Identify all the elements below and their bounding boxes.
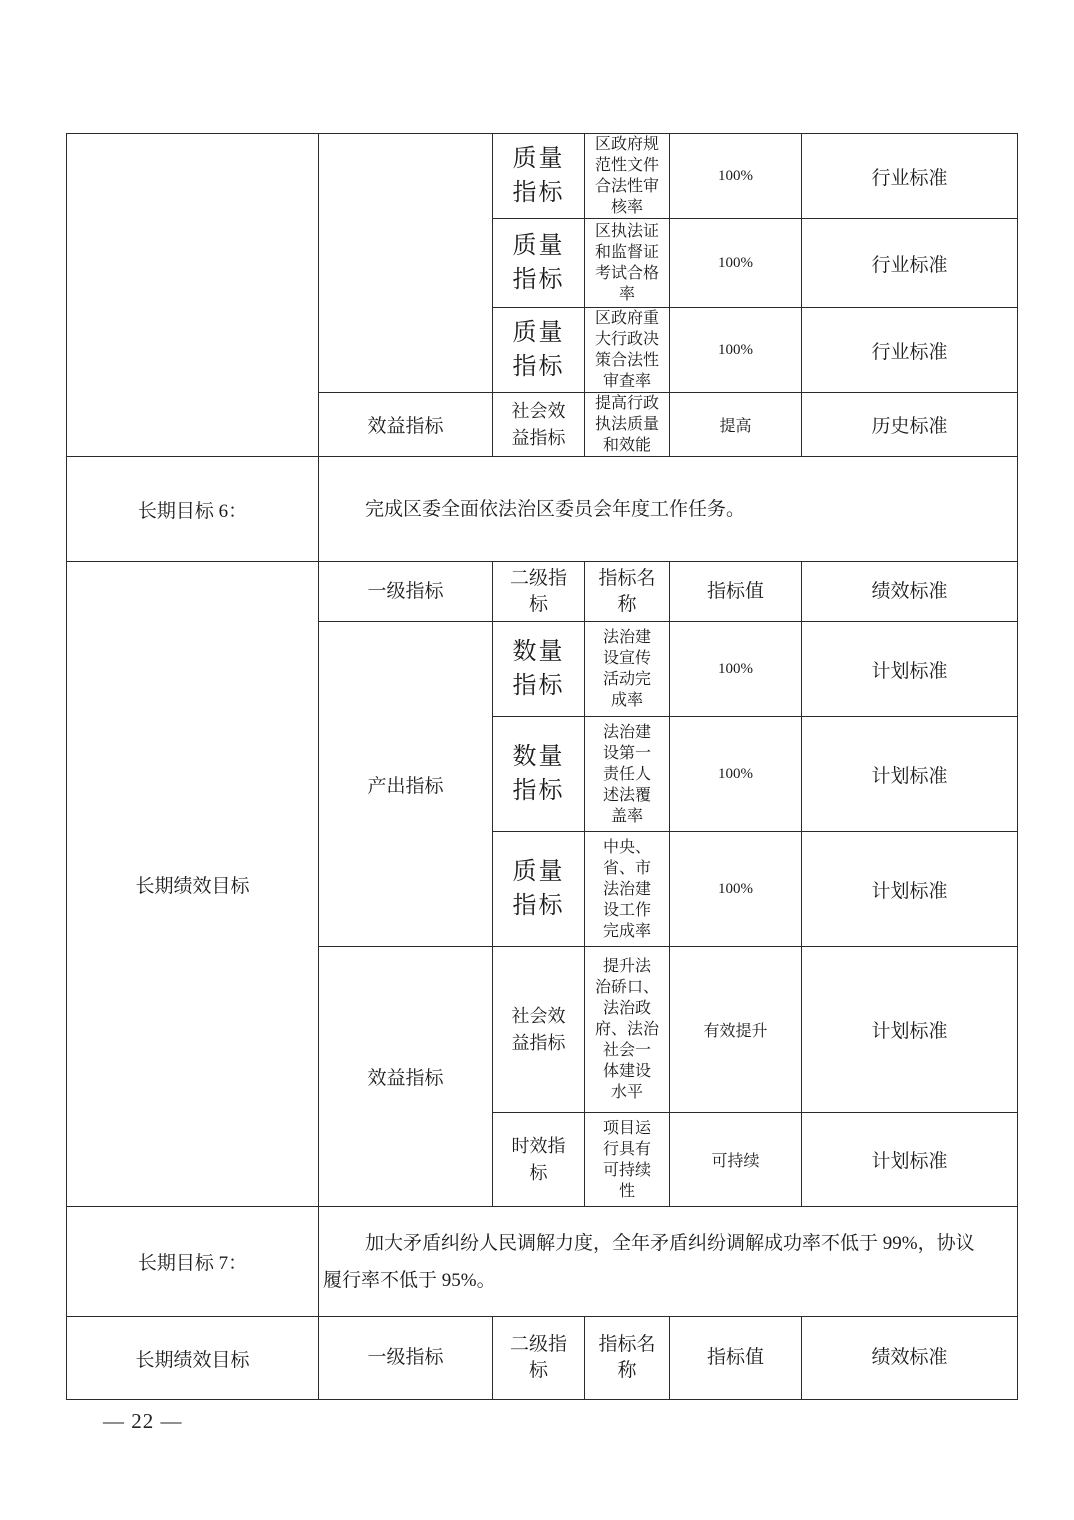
indicator-value-cell: 100% bbox=[670, 134, 802, 219]
performance-standard-cell: 计划标准 bbox=[802, 947, 1018, 1113]
goal6-label: 长期目标 6： bbox=[67, 457, 319, 562]
table-cut-edge bbox=[66, 1394, 67, 1399]
indicator-value-cell: 100% bbox=[670, 717, 802, 832]
level1-indicator-cell: 效益指标 bbox=[319, 393, 493, 457]
indicator-value-cell: 可持续 bbox=[670, 1113, 802, 1207]
header-indicator-value: 指标值 bbox=[670, 1317, 802, 1400]
indicator-name-cell: 区政府重 大行政决 策合法性 审查率 bbox=[585, 308, 670, 393]
goal7-text: 加大矛盾纠纷人民调解力度，全年矛盾纠纷调解成功率不低于 99%，协议 履行率不低… bbox=[319, 1207, 1018, 1317]
header-indicator-name: 指标名 称 bbox=[585, 562, 670, 622]
header-row: 长期绩效目标 一级指标 二级指 标 指标名 称 指标值 绩效标准 bbox=[67, 1317, 1018, 1400]
header-level2: 二级指 标 bbox=[493, 1317, 585, 1400]
header-performance-standard: 绩效标准 bbox=[802, 562, 1018, 622]
header-performance-standard: 绩效标准 bbox=[802, 1317, 1018, 1400]
indicator-value-cell: 100% bbox=[670, 832, 802, 947]
indicator-value-cell: 100% bbox=[670, 308, 802, 393]
page-number: — 22 — bbox=[103, 1409, 183, 1434]
indicator-value-cell: 100% bbox=[670, 622, 802, 717]
document-page: 质量 指标 区政府规 范性文件 合法性审 核率 100% 行业标准 质量 指标 … bbox=[0, 0, 1074, 1520]
long-term-performance-goal-cell: 长期绩效目标 bbox=[67, 562, 319, 1207]
level2-indicator-cell: 社会效 益指标 bbox=[493, 947, 585, 1113]
level2-indicator-cell: 社会效 益指标 bbox=[493, 393, 585, 457]
indicator-name-cell: 提高行政 执法质量 和效能 bbox=[585, 393, 670, 457]
level2-indicator-cell: 数量 指标 bbox=[493, 622, 585, 717]
indicator-value-cell: 提高 bbox=[670, 393, 802, 457]
level2-indicator-cell: 质量 指标 bbox=[493, 134, 585, 219]
indicator-name-cell: 区执法证 和监督证 考试合格 率 bbox=[585, 219, 670, 308]
goal-row: 长期目标 6： 完成区委全面依法治区委员会年度工作任务。 bbox=[67, 457, 1018, 562]
level1-output-indicator-cell: 产出指标 bbox=[319, 622, 493, 947]
header-level1: 一级指标 bbox=[319, 1317, 493, 1400]
goal-row: 长期目标 7： 加大矛盾纠纷人民调解力度，全年矛盾纠纷调解成功率不低于 99%，… bbox=[67, 1207, 1018, 1317]
long-term-performance-goal-cell: 长期绩效目标 bbox=[67, 1317, 319, 1400]
continuation-empty-goal-cell bbox=[67, 134, 319, 457]
indicator-name-cell: 项目运 行具有 可持续 性 bbox=[585, 1113, 670, 1207]
indicator-name-cell: 法治建 设宣传 活动完 成率 bbox=[585, 622, 670, 717]
goal6-text: 完成区委全面依法治区委员会年度工作任务。 bbox=[319, 457, 1018, 562]
performance-standard-cell: 行业标准 bbox=[802, 134, 1018, 219]
level2-indicator-cell: 质量 指标 bbox=[493, 219, 585, 308]
level2-indicator-cell: 时效指 标 bbox=[493, 1113, 585, 1207]
performance-standard-cell: 行业标准 bbox=[802, 219, 1018, 308]
header-level1: 一级指标 bbox=[319, 562, 493, 622]
table-row: 质量 指标 区政府规 范性文件 合法性审 核率 100% 行业标准 bbox=[67, 134, 1018, 219]
indicator-value-cell: 有效提升 bbox=[670, 947, 802, 1113]
performance-standard-cell: 计划标准 bbox=[802, 1113, 1018, 1207]
header-level2: 二级指 标 bbox=[493, 562, 585, 622]
level2-indicator-cell: 质量 指标 bbox=[493, 308, 585, 393]
performance-standard-cell: 计划标准 bbox=[802, 832, 1018, 947]
indicator-name-cell: 区政府规 范性文件 合法性审 核率 bbox=[585, 134, 670, 219]
indicator-value-cell: 100% bbox=[670, 219, 802, 308]
header-row: 长期绩效目标 一级指标 二级指 标 指标名 称 指标值 绩效标准 bbox=[67, 562, 1018, 622]
performance-standard-cell: 历史标准 bbox=[802, 393, 1018, 457]
header-indicator-value: 指标值 bbox=[670, 562, 802, 622]
performance-standard-cell: 行业标准 bbox=[802, 308, 1018, 393]
table-cut-edge bbox=[318, 1394, 319, 1399]
level1-benefit-indicator-cell: 效益指标 bbox=[319, 947, 493, 1207]
indicator-name-cell: 中央、 省、市 法治建 设工作 完成率 bbox=[585, 832, 670, 947]
header-indicator-name: 指标名 称 bbox=[585, 1317, 670, 1400]
performance-target-table: 质量 指标 区政府规 范性文件 合法性审 核率 100% 行业标准 质量 指标 … bbox=[66, 133, 1018, 1400]
indicator-name-cell: 法治建 设第一 责任人 述法覆 盖率 bbox=[585, 717, 670, 832]
level2-indicator-cell: 质量 指标 bbox=[493, 832, 585, 947]
goal7-label: 长期目标 7： bbox=[67, 1207, 319, 1317]
continuation-empty-level1-cell bbox=[319, 134, 493, 393]
indicator-name-cell: 提升法 治硚口、 法治政 府、法治 社会一 体建设 水平 bbox=[585, 947, 670, 1113]
performance-standard-cell: 计划标准 bbox=[802, 717, 1018, 832]
performance-standard-cell: 计划标准 bbox=[802, 622, 1018, 717]
level2-indicator-cell: 数量 指标 bbox=[493, 717, 585, 832]
